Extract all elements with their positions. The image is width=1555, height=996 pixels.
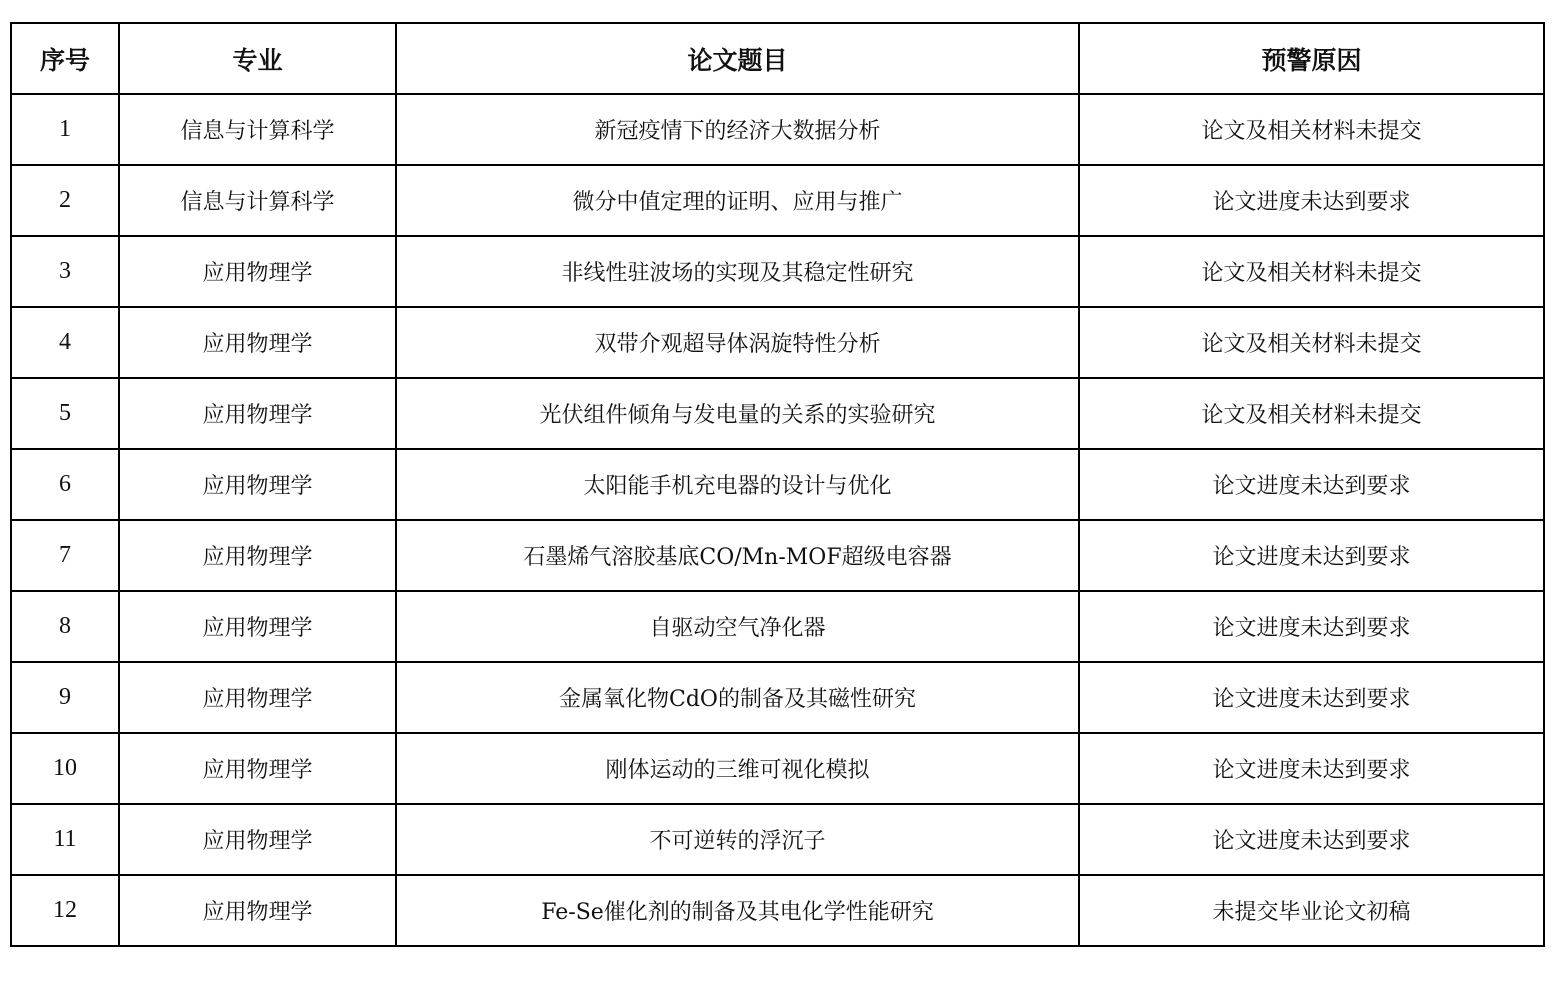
cell-reason: 论文进度未达到要求 [1079, 804, 1544, 875]
cell-index: 11 [11, 804, 119, 875]
table-row: 8 应用物理学 自驱动空气净化器 论文进度未达到要求 [11, 591, 1544, 662]
table-row: 10 应用物理学 刚体运动的三维可视化模拟 论文进度未达到要求 [11, 733, 1544, 804]
table-row: 4 应用物理学 双带介观超导体涡旋特性分析 论文及相关材料未提交 [11, 307, 1544, 378]
cell-index: 6 [11, 449, 119, 520]
cell-reason: 论文进度未达到要求 [1079, 165, 1544, 236]
table-row: 3 应用物理学 非线性驻波场的实现及其稳定性研究 论文及相关材料未提交 [11, 236, 1544, 307]
cell-reason: 论文进度未达到要求 [1079, 449, 1544, 520]
cell-index: 4 [11, 307, 119, 378]
cell-title: Fe-Se催化剂的制备及其电化学性能研究 [396, 875, 1079, 946]
cell-reason: 论文进度未达到要求 [1079, 733, 1544, 804]
cell-major: 信息与计算科学 [119, 165, 396, 236]
cell-index: 12 [11, 875, 119, 946]
table-row: 12 应用物理学 Fe-Se催化剂的制备及其电化学性能研究 未提交毕业论文初稿 [11, 875, 1544, 946]
thesis-warning-table: 序号 专业 论文题目 预警原因 1 信息与计算科学 新冠疫情下的经济大数据分析 … [10, 22, 1545, 947]
cell-index: 7 [11, 520, 119, 591]
cell-major: 应用物理学 [119, 236, 396, 307]
table-row: 5 应用物理学 光伏组件倾角与发电量的关系的实验研究 论文及相关材料未提交 [11, 378, 1544, 449]
cell-title: 石墨烯气溶胶基底CO/Mn-MOF超级电容器 [396, 520, 1079, 591]
table-row: 6 应用物理学 太阳能手机充电器的设计与优化 论文进度未达到要求 [11, 449, 1544, 520]
cell-major: 应用物理学 [119, 378, 396, 449]
cell-reason: 论文及相关材料未提交 [1079, 378, 1544, 449]
cell-title: 新冠疫情下的经济大数据分析 [396, 94, 1079, 165]
cell-title: 光伏组件倾角与发电量的关系的实验研究 [396, 378, 1079, 449]
cell-major: 应用物理学 [119, 591, 396, 662]
cell-index: 2 [11, 165, 119, 236]
header-major: 专业 [119, 23, 396, 94]
cell-reason: 论文及相关材料未提交 [1079, 307, 1544, 378]
header-row: 序号 专业 论文题目 预警原因 [11, 23, 1544, 94]
cell-reason: 论文及相关材料未提交 [1079, 236, 1544, 307]
table-row: 9 应用物理学 金属氧化物CdO的制备及其磁性研究 论文进度未达到要求 [11, 662, 1544, 733]
cell-title: 不可逆转的浮沉子 [396, 804, 1079, 875]
cell-reason: 未提交毕业论文初稿 [1079, 875, 1544, 946]
table-row: 1 信息与计算科学 新冠疫情下的经济大数据分析 论文及相关材料未提交 [11, 94, 1544, 165]
cell-title: 刚体运动的三维可视化模拟 [396, 733, 1079, 804]
cell-index: 5 [11, 378, 119, 449]
table-row: 2 信息与计算科学 微分中值定理的证明、应用与推广 论文进度未达到要求 [11, 165, 1544, 236]
cell-major: 信息与计算科学 [119, 94, 396, 165]
table-row: 11 应用物理学 不可逆转的浮沉子 论文进度未达到要求 [11, 804, 1544, 875]
cell-major: 应用物理学 [119, 307, 396, 378]
cell-title: 非线性驻波场的实现及其稳定性研究 [396, 236, 1079, 307]
cell-major: 应用物理学 [119, 662, 396, 733]
cell-title: 太阳能手机充电器的设计与优化 [396, 449, 1079, 520]
cell-index: 10 [11, 733, 119, 804]
header-index: 序号 [11, 23, 119, 94]
cell-title: 自驱动空气净化器 [396, 591, 1079, 662]
header-title: 论文题目 [396, 23, 1079, 94]
cell-index: 8 [11, 591, 119, 662]
cell-index: 9 [11, 662, 119, 733]
cell-reason: 论文进度未达到要求 [1079, 591, 1544, 662]
cell-major: 应用物理学 [119, 804, 396, 875]
cell-major: 应用物理学 [119, 875, 396, 946]
cell-title: 双带介观超导体涡旋特性分析 [396, 307, 1079, 378]
cell-major: 应用物理学 [119, 733, 396, 804]
cell-reason: 论文及相关材料未提交 [1079, 94, 1544, 165]
cell-major: 应用物理学 [119, 520, 396, 591]
cell-title: 金属氧化物CdO的制备及其磁性研究 [396, 662, 1079, 733]
cell-reason: 论文进度未达到要求 [1079, 520, 1544, 591]
cell-reason: 论文进度未达到要求 [1079, 662, 1544, 733]
table-row: 7 应用物理学 石墨烯气溶胶基底CO/Mn-MOF超级电容器 论文进度未达到要求 [11, 520, 1544, 591]
cell-title: 微分中值定理的证明、应用与推广 [396, 165, 1079, 236]
cell-index: 3 [11, 236, 119, 307]
cell-index: 1 [11, 94, 119, 165]
cell-major: 应用物理学 [119, 449, 396, 520]
header-reason: 预警原因 [1079, 23, 1544, 94]
